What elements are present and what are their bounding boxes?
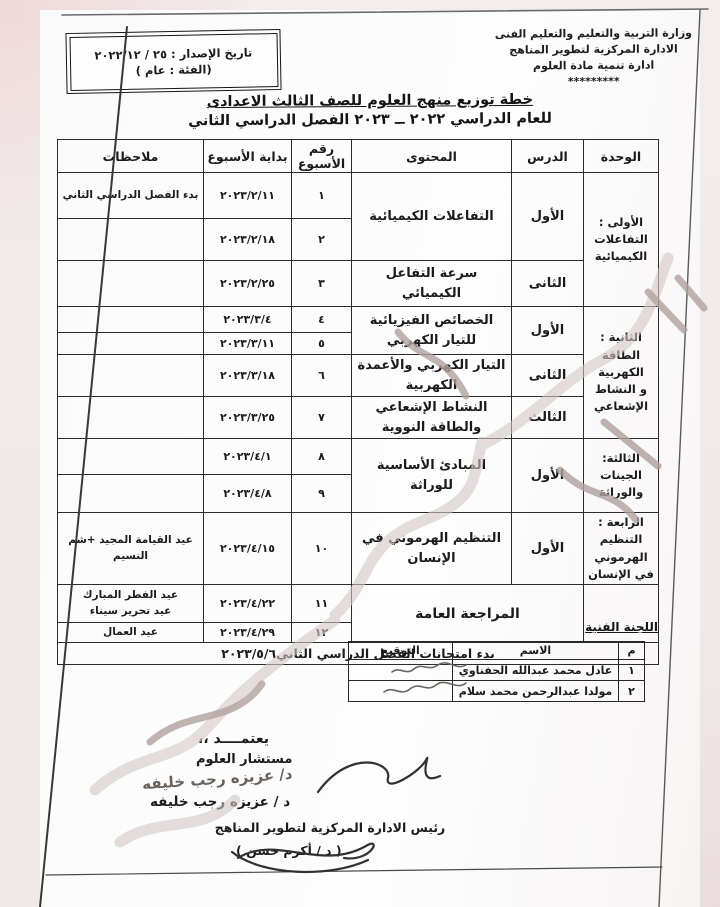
week-start-cell: ٢٠٢٣/٢/٢٥ xyxy=(204,261,292,307)
committee-signature-cell xyxy=(349,681,453,702)
week-number-cell: ١٢ xyxy=(292,623,352,643)
week-start-cell: ٢٠٢٣/٢/١٨ xyxy=(204,219,292,261)
table-row: المراجعة العامة ١١ ٢٠٢٣/٤/٢٢ عيد الفطر ا… xyxy=(58,585,659,623)
notes-cell xyxy=(58,439,204,475)
unit-cell: الثانية : الطاقة الكهربية و النشاط الإشع… xyxy=(584,307,659,439)
lesson-cell: الأول xyxy=(512,439,584,513)
content-cell: التنظيم الهرموني في الإنسان xyxy=(352,513,512,585)
week-number-cell: ١١ xyxy=(292,585,352,623)
committee-row-number: ١ xyxy=(619,660,645,681)
content-cell: الخصائص الفيزيائية للتيار الكهربي xyxy=(352,307,512,355)
table-row: الثانية : الطاقة الكهربية و النشاط الإشع… xyxy=(58,307,659,333)
unit-cell: الأولى : التفاعلات الكيميائية xyxy=(584,173,659,307)
lesson-cell: الأول xyxy=(512,307,584,355)
week-number-cell: ٨ xyxy=(292,439,352,475)
notes-cell: عيد العمال xyxy=(58,623,204,643)
approve-word: يعتمــــد ،، xyxy=(198,731,269,747)
head-title: رئيس الادارة المركزية لتطوير المناهج xyxy=(190,820,470,835)
committee-row: ١ عادل محمد عبدالله الحفناوي xyxy=(349,660,645,681)
ministry-line-3: ادارة تنمية مادة العلوم xyxy=(495,57,692,74)
week-number-cell: ٩ xyxy=(292,475,352,513)
scanned-document: { "issue_box": { "date_line": "تاريخ الإ… xyxy=(0,0,720,907)
week-start-cell: ٢٠٢٣/٤/١ xyxy=(204,439,292,475)
lesson-cell: الثانى xyxy=(512,355,584,397)
week-number-cell: ٢ xyxy=(292,219,352,261)
committee-header-m: م xyxy=(619,642,645,660)
week-number-cell: ٥ xyxy=(292,333,352,355)
content-cell: التيار الكهربي والأعمدة الكهربية xyxy=(352,355,512,397)
notes-cell xyxy=(58,355,204,397)
header-lesson: الدرس xyxy=(512,140,584,173)
content-cell: سرعة التفاعل الكيميائي xyxy=(352,261,512,307)
curriculum-table: الوحدة الدرس المحتوى رقم الأسبوع بداية ا… xyxy=(57,139,659,665)
notes-cell: عيد القيامة المجيد +شم النسيم xyxy=(58,513,204,585)
advisor-name: د / عزيزه رجب خليفه xyxy=(150,794,290,810)
ministry-line-1: وزارة التربية والتعليم والتعليم الفنى xyxy=(495,25,692,42)
notes-cell xyxy=(58,261,204,307)
notes-cell xyxy=(58,475,204,513)
week-start-cell: ٢٠٢٣/٤/٨ xyxy=(204,475,292,513)
week-start-cell: ٢٠٢٣/٣/٢٥ xyxy=(204,397,292,439)
content-cell: المبادئ الأساسية للوراثة xyxy=(352,439,512,513)
unit-cell: الثالثة: الجينات والوراثة xyxy=(584,439,659,513)
header-content: المحتوى xyxy=(352,140,512,173)
table-header-row: الوحدة الدرس المحتوى رقم الأسبوع بداية ا… xyxy=(58,140,659,173)
week-number-cell: ١٠ xyxy=(292,513,352,585)
week-start-cell: ٢٠٢٣/٤/٢٩ xyxy=(204,623,292,643)
table-row: الثالث النشاط الإشعاعي والطاقة النووية ٧… xyxy=(58,397,659,439)
ministry-line-2: الادارة المركزية لتطوير المناهج xyxy=(495,41,692,58)
header-notes: ملاحظات xyxy=(58,140,204,173)
week-number-cell: ٦ xyxy=(292,355,352,397)
committee-header-name: الاسم xyxy=(453,642,619,660)
committee-signature-cell xyxy=(349,660,453,681)
ministry-asterisks: ********* xyxy=(495,73,692,90)
week-number-cell: ٧ xyxy=(292,397,352,439)
table-row: الثانى سرعة التفاعل الكيميائي ٣ ٢٠٢٣/٢/٢… xyxy=(58,261,659,307)
issue-date-line: تاريخ الإصدار : ٢٥ / ٢٠٢٢/١٢ xyxy=(94,45,252,62)
committee-row-number: ٢ xyxy=(619,681,645,702)
header-week-start: بداية الأسبوع xyxy=(204,140,292,173)
lesson-cell: الأول xyxy=(512,513,584,585)
table-row: الثانى التيار الكهربي والأعمدة الكهربية … xyxy=(58,355,659,397)
lesson-cell: الثانى xyxy=(512,261,584,307)
ministry-header: وزارة التربية والتعليم والتعليم الفنى ال… xyxy=(495,25,693,90)
week-start-cell: ٢٠٢٣/٣/٤ xyxy=(204,307,292,333)
notes-cell xyxy=(58,397,204,439)
unit-cell: الرابعة : التنظيم الهرموني في الإنسان xyxy=(584,513,659,585)
issue-date-box: تاريخ الإصدار : ٢٥ / ٢٠٢٢/١٢ (الفئة : عا… xyxy=(65,29,281,94)
header-unit: الوحدة xyxy=(584,140,659,173)
table-row: الرابعة : التنظيم الهرموني في الإنسان ال… xyxy=(58,513,659,585)
lesson-cell: الثالث xyxy=(512,397,584,439)
document-title: خطة توزيع منهج العلوم للصف الثالث الاعدا… xyxy=(150,91,590,129)
committee-row: ٢ مولدا عبدالرحمن محمد سلام xyxy=(349,681,645,702)
notes-cell: عيد الفطر المبارك عيد تحرير سيناء xyxy=(58,585,204,623)
notes-cell: بدء الفصل الدراسي الثاني xyxy=(58,173,204,219)
content-cell: النشاط الإشعاعي والطاقة النووية xyxy=(352,397,512,439)
week-start-cell: ٢٠٢٣/٣/١٨ xyxy=(204,355,292,397)
committee-table: م الاسم التوقيع ١ عادل محمد عبدالله الحف… xyxy=(348,641,645,702)
committee-member-name: عادل محمد عبدالله الحفناوي xyxy=(453,660,619,681)
notes-cell xyxy=(58,307,204,333)
committee-header-signature: التوقيع xyxy=(349,642,453,660)
week-number-cell: ٤ xyxy=(292,307,352,333)
title-line-2: للعام الدراسي ٢٠٢٢ ــ ٢٠٢٣ الفصل الدراسي… xyxy=(150,110,590,129)
header-week-no: رقم الأسبوع xyxy=(292,140,352,173)
week-number-cell: ١ xyxy=(292,173,352,219)
week-number-cell: ٣ xyxy=(292,261,352,307)
content-cell: التفاعلات الكيميائية xyxy=(352,173,512,261)
notes-cell xyxy=(58,333,204,355)
review-cell: المراجعة العامة xyxy=(352,585,584,643)
table-row: الثالثة: الجينات والوراثة الأول المبادئ … xyxy=(58,439,659,475)
title-line-1: خطة توزيع منهج العلوم للصف الثالث الاعدا… xyxy=(150,91,590,110)
lesson-cell: الأول xyxy=(512,173,584,261)
week-start-cell: ٢٠٢٣/٣/١١ xyxy=(204,333,292,355)
committee-member-name: مولدا عبدالرحمن محمد سلام xyxy=(453,681,619,702)
week-start-cell: ٢٠٢٣/٤/٢٢ xyxy=(204,585,292,623)
committee-header-row: م الاسم التوقيع xyxy=(349,642,645,660)
week-start-cell: ٢٠٢٣/٤/١٥ xyxy=(204,513,292,585)
table-row: الأولى : التفاعلات الكيميائية الأول التف… xyxy=(58,173,659,219)
committee-label: اللجنة الفنية xyxy=(585,620,658,634)
week-start-cell: ٢٠٢٣/٢/١١ xyxy=(204,173,292,219)
issue-category-line: (الفئة : عام ) xyxy=(136,62,212,77)
head-name: ( د / أكرم حسن ) xyxy=(236,843,342,858)
notes-cell xyxy=(58,219,204,261)
